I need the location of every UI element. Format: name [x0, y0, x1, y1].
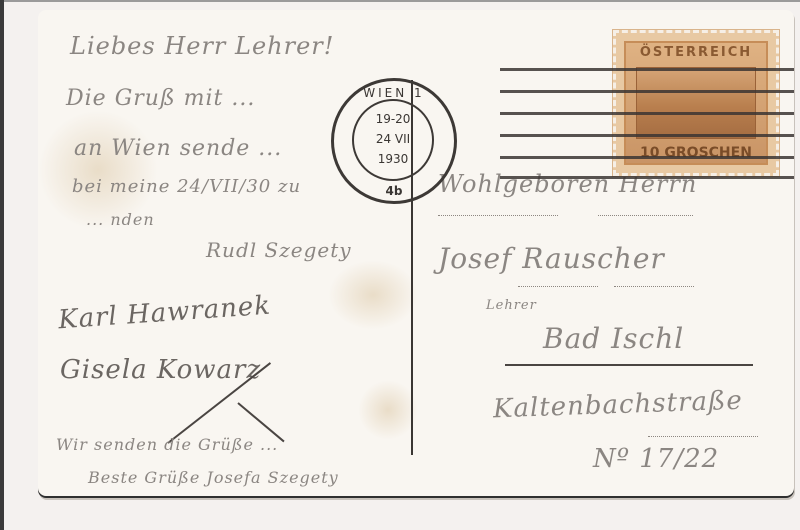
postcard: Liebes Herr Lehrer! Die Gruß mit ... an … — [38, 10, 794, 498]
address-line — [518, 286, 598, 288]
address-city: Bad Ischl — [543, 322, 684, 355]
address-line — [614, 286, 694, 288]
postmark: WIEN 1 19-20 24 VII 1930 4b — [331, 78, 457, 204]
postmark-date: 24 VII — [354, 133, 432, 145]
signature-rudl: Rudl Szegety — [206, 238, 352, 262]
postmark-time: 19-20 — [354, 113, 432, 125]
message-line-1: Liebes Herr Lehrer! — [70, 32, 334, 60]
signature-gisela: Gisela Kowarz — [60, 355, 261, 385]
stain — [358, 380, 418, 440]
scan-edge-top — [0, 0, 800, 2]
message-line-3: an Wien sende ... — [74, 136, 282, 161]
signature-karl: Karl Hawranek — [57, 291, 272, 336]
address-street: Kaltenbachstraße — [493, 386, 744, 425]
footer-line-2: Beste Grüße Josefa Szegety — [88, 468, 339, 487]
postmark-inner-ring: 19-20 24 VII 1930 — [352, 99, 434, 181]
message-line-4: bei meine 24/VII/30 zu — [72, 176, 301, 197]
message-line-5: ... nden — [86, 210, 155, 229]
message-line-2: Die Gruß mit ... — [66, 86, 255, 111]
address-title: Lehrer — [486, 298, 537, 313]
postmark-city: WIEN 1 — [334, 86, 454, 100]
postmark-code: 4b — [334, 184, 454, 198]
address-line — [648, 436, 758, 438]
footer-line-1: Wir senden die Grüße ... — [56, 435, 278, 454]
address-name: Josef Rauscher — [438, 242, 665, 275]
address-line — [505, 364, 753, 367]
cancellation-bars — [500, 58, 794, 188]
address-line — [438, 215, 558, 217]
postmark-year: 1930 — [354, 153, 432, 165]
address-number: Nº 17/22 — [593, 444, 719, 474]
address-line — [598, 215, 693, 217]
scan-edge-left — [0, 0, 4, 530]
stain — [328, 260, 418, 330]
